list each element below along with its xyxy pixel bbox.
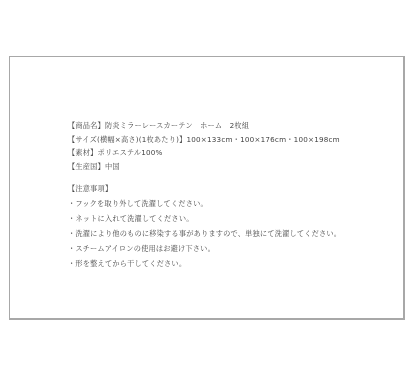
notes-item: ・フックを取り外して洗濯してください。: [68, 196, 341, 211]
spacer: [68, 173, 341, 181]
notes-item: ・スチームアイロンの使用はお避け下さい。: [68, 241, 341, 256]
product-info: 【商品名】防炎ミラーレースカーテン ホーム 2枚組 【サイズ(横幅×高さ)(1枚…: [68, 119, 341, 271]
product-material: 【素材】ポリエステル100%: [68, 146, 341, 160]
product-name: 【商品名】防炎ミラーレースカーテン ホーム 2枚組: [68, 119, 341, 133]
notes-item: ・ネットに入れて洗濯してください。: [68, 211, 341, 226]
product-origin: 【生産国】中国: [68, 160, 341, 174]
notes-item: ・洗濯により他のものに移染する事がありますので、単独にて洗濯してください。: [68, 226, 341, 241]
product-size: 【サイズ(横幅×高さ)(1枚あたり)】100×133cm・100×176cm・1…: [68, 133, 341, 147]
notes-item: ・形を整えてから干してください。: [68, 256, 341, 271]
notes-heading: 【注意事項】: [68, 181, 341, 196]
